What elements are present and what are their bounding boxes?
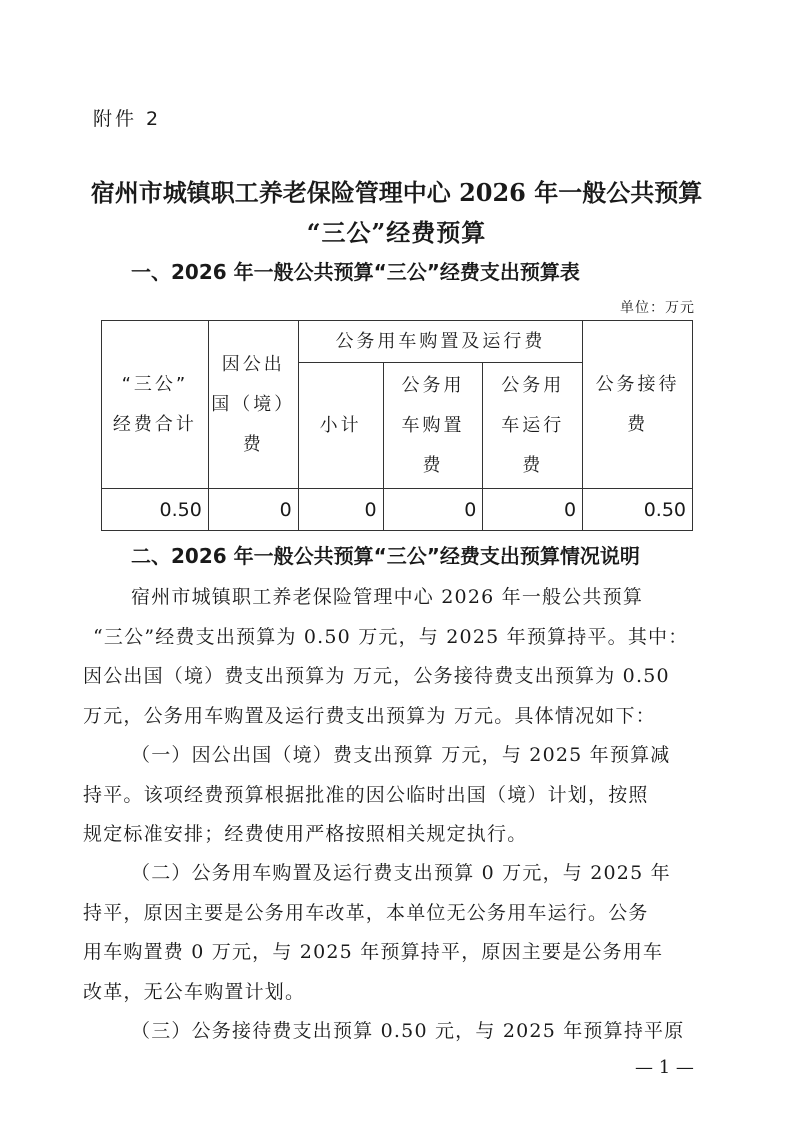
header-overseas-line2: 国（境）: [209, 385, 298, 425]
paragraph-line: 改革，无公车购置计划。: [83, 977, 305, 1004]
header-total: “三公” 经费合计: [102, 321, 209, 489]
header-overseas: 因公出 国（境） 费: [208, 321, 298, 489]
header-vehicle-group: 公务用车购置及运行费: [298, 321, 582, 363]
header-vehicle-operation-line1: 公务用: [483, 366, 582, 406]
cell-reception: 0.50: [583, 489, 693, 531]
paragraph-line: 持平，原因主要是公务用车改革，本单位无公务用车运行。公务: [83, 898, 649, 925]
header-vehicle-operation: 公务用 车运行 费: [483, 363, 583, 489]
header-vehicle-purchase-line3: 费: [384, 446, 483, 486]
header-vehicle-purchase: 公务用 车购置 费: [383, 363, 483, 489]
attachment-label: 附件 2: [93, 104, 161, 131]
header-overseas-line1: 因公出: [209, 345, 298, 385]
table-row: 0.50 0 0 0 0 0.50: [102, 489, 693, 531]
header-reception-line1: 公务接待: [583, 365, 692, 405]
section1-heading: 一、2026 年一般公共预算“三公”经费支出预算表: [131, 256, 580, 285]
header-vehicle-operation-line2: 车运行: [483, 406, 582, 446]
section2-heading: 二、2026 年一般公共预算“三公”经费支出预算情况说明: [131, 540, 640, 569]
header-reception: 公务接待 费: [583, 321, 693, 489]
document-title-line2: “三公”经费预算: [0, 213, 793, 248]
cell-overseas: 0: [208, 489, 298, 531]
paragraph-line: 宿州市城镇职工养老保险管理中心 2026 年一般公共预算: [131, 582, 643, 609]
paragraph-line: 持平。该项经费预算根据批准的因公临时出国（境）计划，按照: [83, 780, 649, 807]
paragraph-line: 规定标准安排；经费使用严格按照相关规定执行。: [83, 819, 527, 846]
paragraph-line: （一）因公出国（境）费支出预算 万元，与 2025 年预算减: [131, 740, 670, 767]
budget-table: “三公” 经费合计 因公出 国（境） 费 公务用车购置及运行费 公务接待 费 小…: [101, 320, 693, 531]
header-vehicle-purchase-line1: 公务用: [384, 366, 483, 406]
header-overseas-line3: 费: [209, 425, 298, 465]
header-total-line1: “三公”: [102, 365, 208, 405]
document-title-line1: 宿州市城镇职工养老保险管理中心 2026 年一般公共预算: [0, 173, 793, 208]
paragraph-line: 因公出国（境）费支出预算为 万元，公务接待费支出预算为 0.50: [83, 661, 670, 688]
cell-vehicle-operation: 0: [483, 489, 583, 531]
header-total-line2: 经费合计: [102, 405, 208, 445]
cell-total: 0.50: [102, 489, 209, 531]
header-reception-line2: 费: [583, 405, 692, 445]
header-vehicle-subtotal: 小计: [298, 363, 383, 489]
header-vehicle-operation-line3: 费: [483, 446, 582, 486]
paragraph-line: 万元，公务用车购置及运行费支出预算为 万元。具体情况如下：: [83, 701, 656, 728]
paragraph-line: （二）公务用车购置及运行费支出预算 0 万元，与 2025 年: [131, 858, 671, 885]
header-vehicle-purchase-line2: 车购置: [384, 406, 483, 446]
cell-vehicle-subtotal: 0: [298, 489, 383, 531]
paragraph-line: （三）公务接待费支出预算 0.50 元，与 2025 年预算持平原: [131, 1016, 684, 1043]
paragraph-line: “三公”经费支出预算为 0.50 万元，与 2025 年预算持平。其中：: [93, 622, 688, 649]
paragraph-line: 用车购置费 0 万元，与 2025 年预算持平，原因主要是公务用车: [83, 937, 663, 964]
unit-label: 单位：万元: [620, 297, 695, 317]
page-number: — 1 —: [635, 1057, 694, 1078]
cell-vehicle-purchase: 0: [383, 489, 483, 531]
